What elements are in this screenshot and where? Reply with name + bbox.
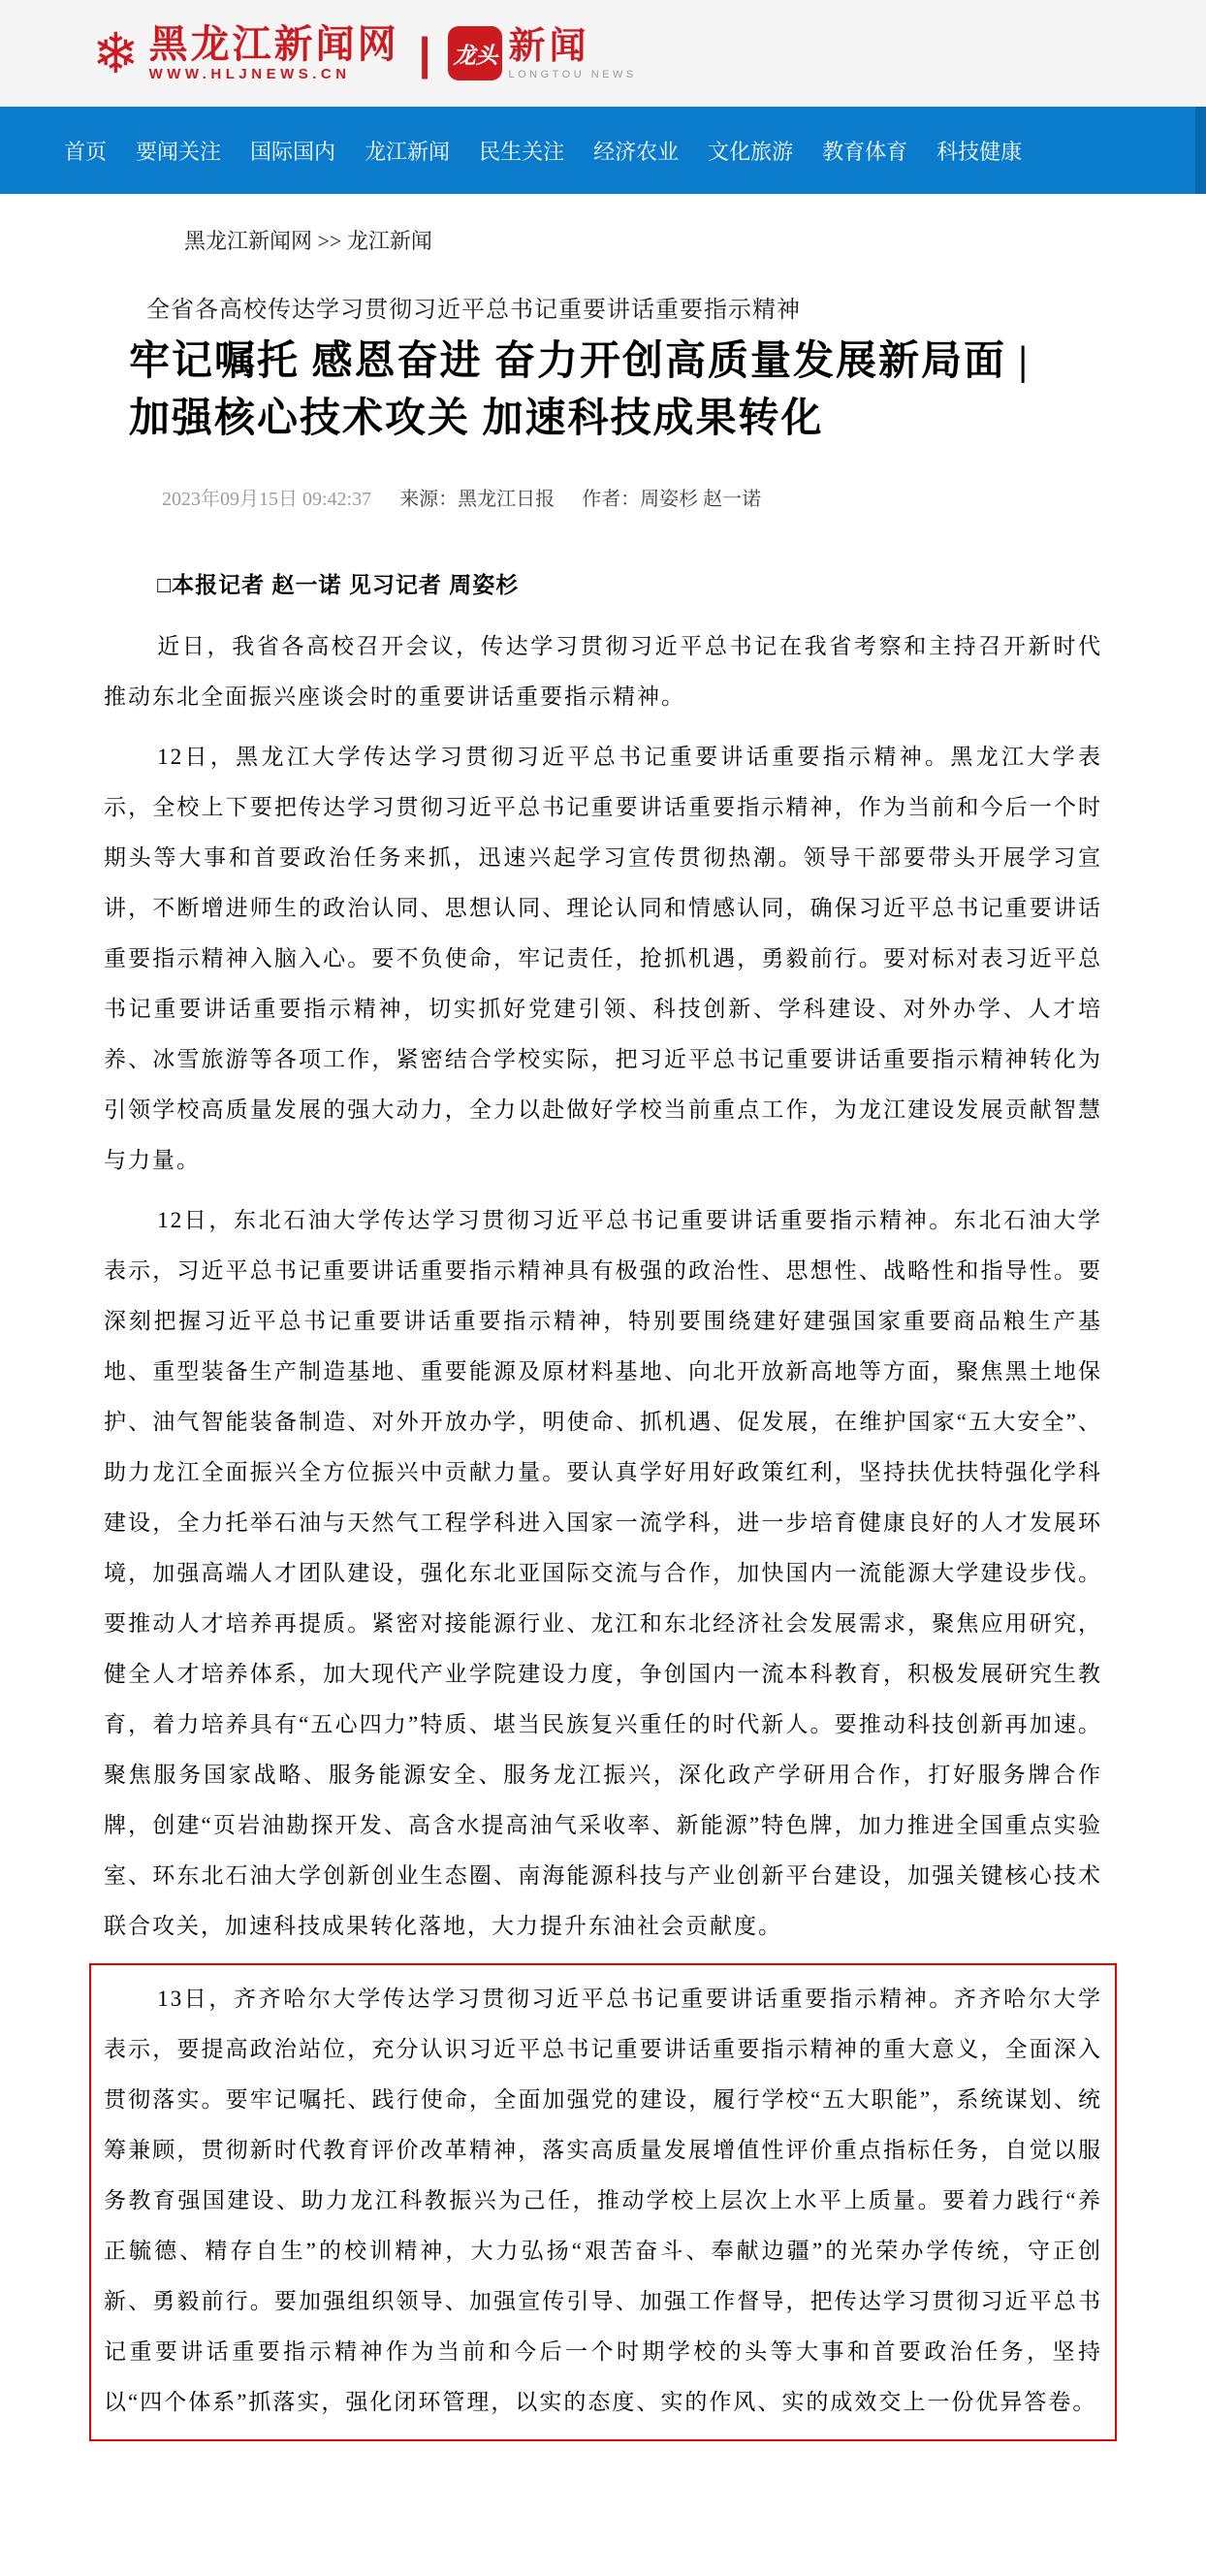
reporter-byline: □本报记者 赵一诺 见习记者 周姿杉 — [104, 559, 1102, 610]
longtou-seal-icon: 龙头 — [450, 28, 500, 79]
nav-item-tech-health[interactable]: 科技健康 — [936, 136, 1022, 166]
site-logo-name: 黑龙江新闻网 — [149, 24, 399, 65]
site-logo[interactable]: ❄ 黑龙江新闻网 WWW.HLJNEWS.CN | 龙头 新闻 LONGTOU … — [92, 24, 637, 82]
paragraph-heilongjiang-university: 12日，黑龙江大学传达学习贯彻习近平总书记重要讲话重要指示精神。黑龙江大学表示，… — [104, 732, 1102, 1186]
main-nav: 首页 要闻关注 国际国内 龙江新闻 民生关注 经济农业 文化旅游 教育体育 科技… — [0, 107, 1206, 194]
site-logo-text-block: 黑龙江新闻网 WWW.HLJNEWS.CN — [149, 24, 399, 82]
bottom-whitespace — [104, 2441, 1102, 2497]
nav-item-international-domestic[interactable]: 国际国内 — [250, 136, 335, 166]
longtou-news-text: 新闻 — [508, 27, 589, 66]
breadcrumb-site-link[interactable]: 黑龙江新闻网 — [184, 229, 312, 253]
longtou-news-subtitle: LONGTOU NEWS — [508, 69, 636, 80]
nav-item-education-sports[interactable]: 教育体育 — [822, 136, 907, 166]
nav-item-culture-tourism[interactable]: 文化旅游 — [708, 136, 793, 166]
scrollbar-strip[interactable] — [1195, 107, 1206, 194]
publish-date: 2023年09月15日 09:42:37 — [162, 489, 371, 510]
source-label: 来源： — [399, 489, 458, 510]
logo-divider: | — [419, 31, 431, 76]
article-meta: 2023年09月15日 09:42:37 来源：黑龙江日报 作者：周姿杉 赵一诺 — [162, 483, 1102, 511]
breadcrumb-separator: >> — [318, 229, 342, 253]
site-logo-url: WWW.HLJNEWS.CN — [149, 66, 351, 82]
nav-item-home[interactable]: 首页 — [64, 136, 107, 166]
article-title: 牢记嘱托 感恩奋进 奋力开创高质量发展新局面 |加强核心技术攻关 加速科技成果转… — [129, 334, 1060, 448]
nav-item-economy-agriculture[interactable]: 经济农业 — [593, 136, 679, 166]
breadcrumb-section-link[interactable]: 龙江新闻 — [347, 229, 432, 253]
nav-item-longjiang-news[interactable]: 龙江新闻 — [365, 136, 450, 166]
article-kicker: 全省各高校传达学习贯彻习近平总书记重要讲话重要指示精神 — [146, 290, 1102, 324]
nav-item-livelihood[interactable]: 民生关注 — [479, 136, 564, 166]
longtou-news-logo[interactable]: 新闻 LONGTOU NEWS — [508, 27, 636, 80]
nav-item-top-news[interactable]: 要闻关注 — [136, 136, 221, 166]
source-value: 黑龙江日报 — [458, 489, 555, 510]
highlighted-paragraph-box: 13日，齐齐哈尔大学传达学习贯彻习近平总书记重要讲话重要指示精神。齐齐哈尔大学表… — [89, 1963, 1117, 2441]
author-value: 周姿杉 赵一诺 — [640, 489, 761, 510]
author-label: 作者： — [582, 489, 640, 510]
breadcrumb: 黑龙江新闻网 >> 龙江新闻 — [184, 225, 1102, 255]
article-body: □本报记者 赵一诺 见习记者 周姿杉 近日，我省各高校召开会议，传达学习贯彻习近… — [104, 559, 1102, 2441]
paragraph-intro: 近日，我省各高校召开会议，传达学习贯彻习近平总书记在我省考察和主持召开新时代推动… — [104, 621, 1102, 722]
paragraph-qiqihar-university: 13日，齐齐哈尔大学传达学习贯彻习近平总书记重要讲话重要指示精神。齐齐哈尔大学表… — [104, 1974, 1102, 2428]
paragraph-northeast-petroleum-university: 12日，东北石油大学传达学习贯彻习近平总书记重要讲话重要指示精神。东北石油大学表… — [104, 1195, 1102, 1952]
content-area: 黑龙江新闻网 >> 龙江新闻 全省各高校传达学习贯彻习近平总书记重要讲话重要指示… — [104, 225, 1102, 2497]
site-header: ❄ 黑龙江新闻网 WWW.HLJNEWS.CN | 龙头 新闻 LONGTOU … — [0, 0, 1206, 107]
snowflake-icon: ❄ — [92, 25, 140, 81]
